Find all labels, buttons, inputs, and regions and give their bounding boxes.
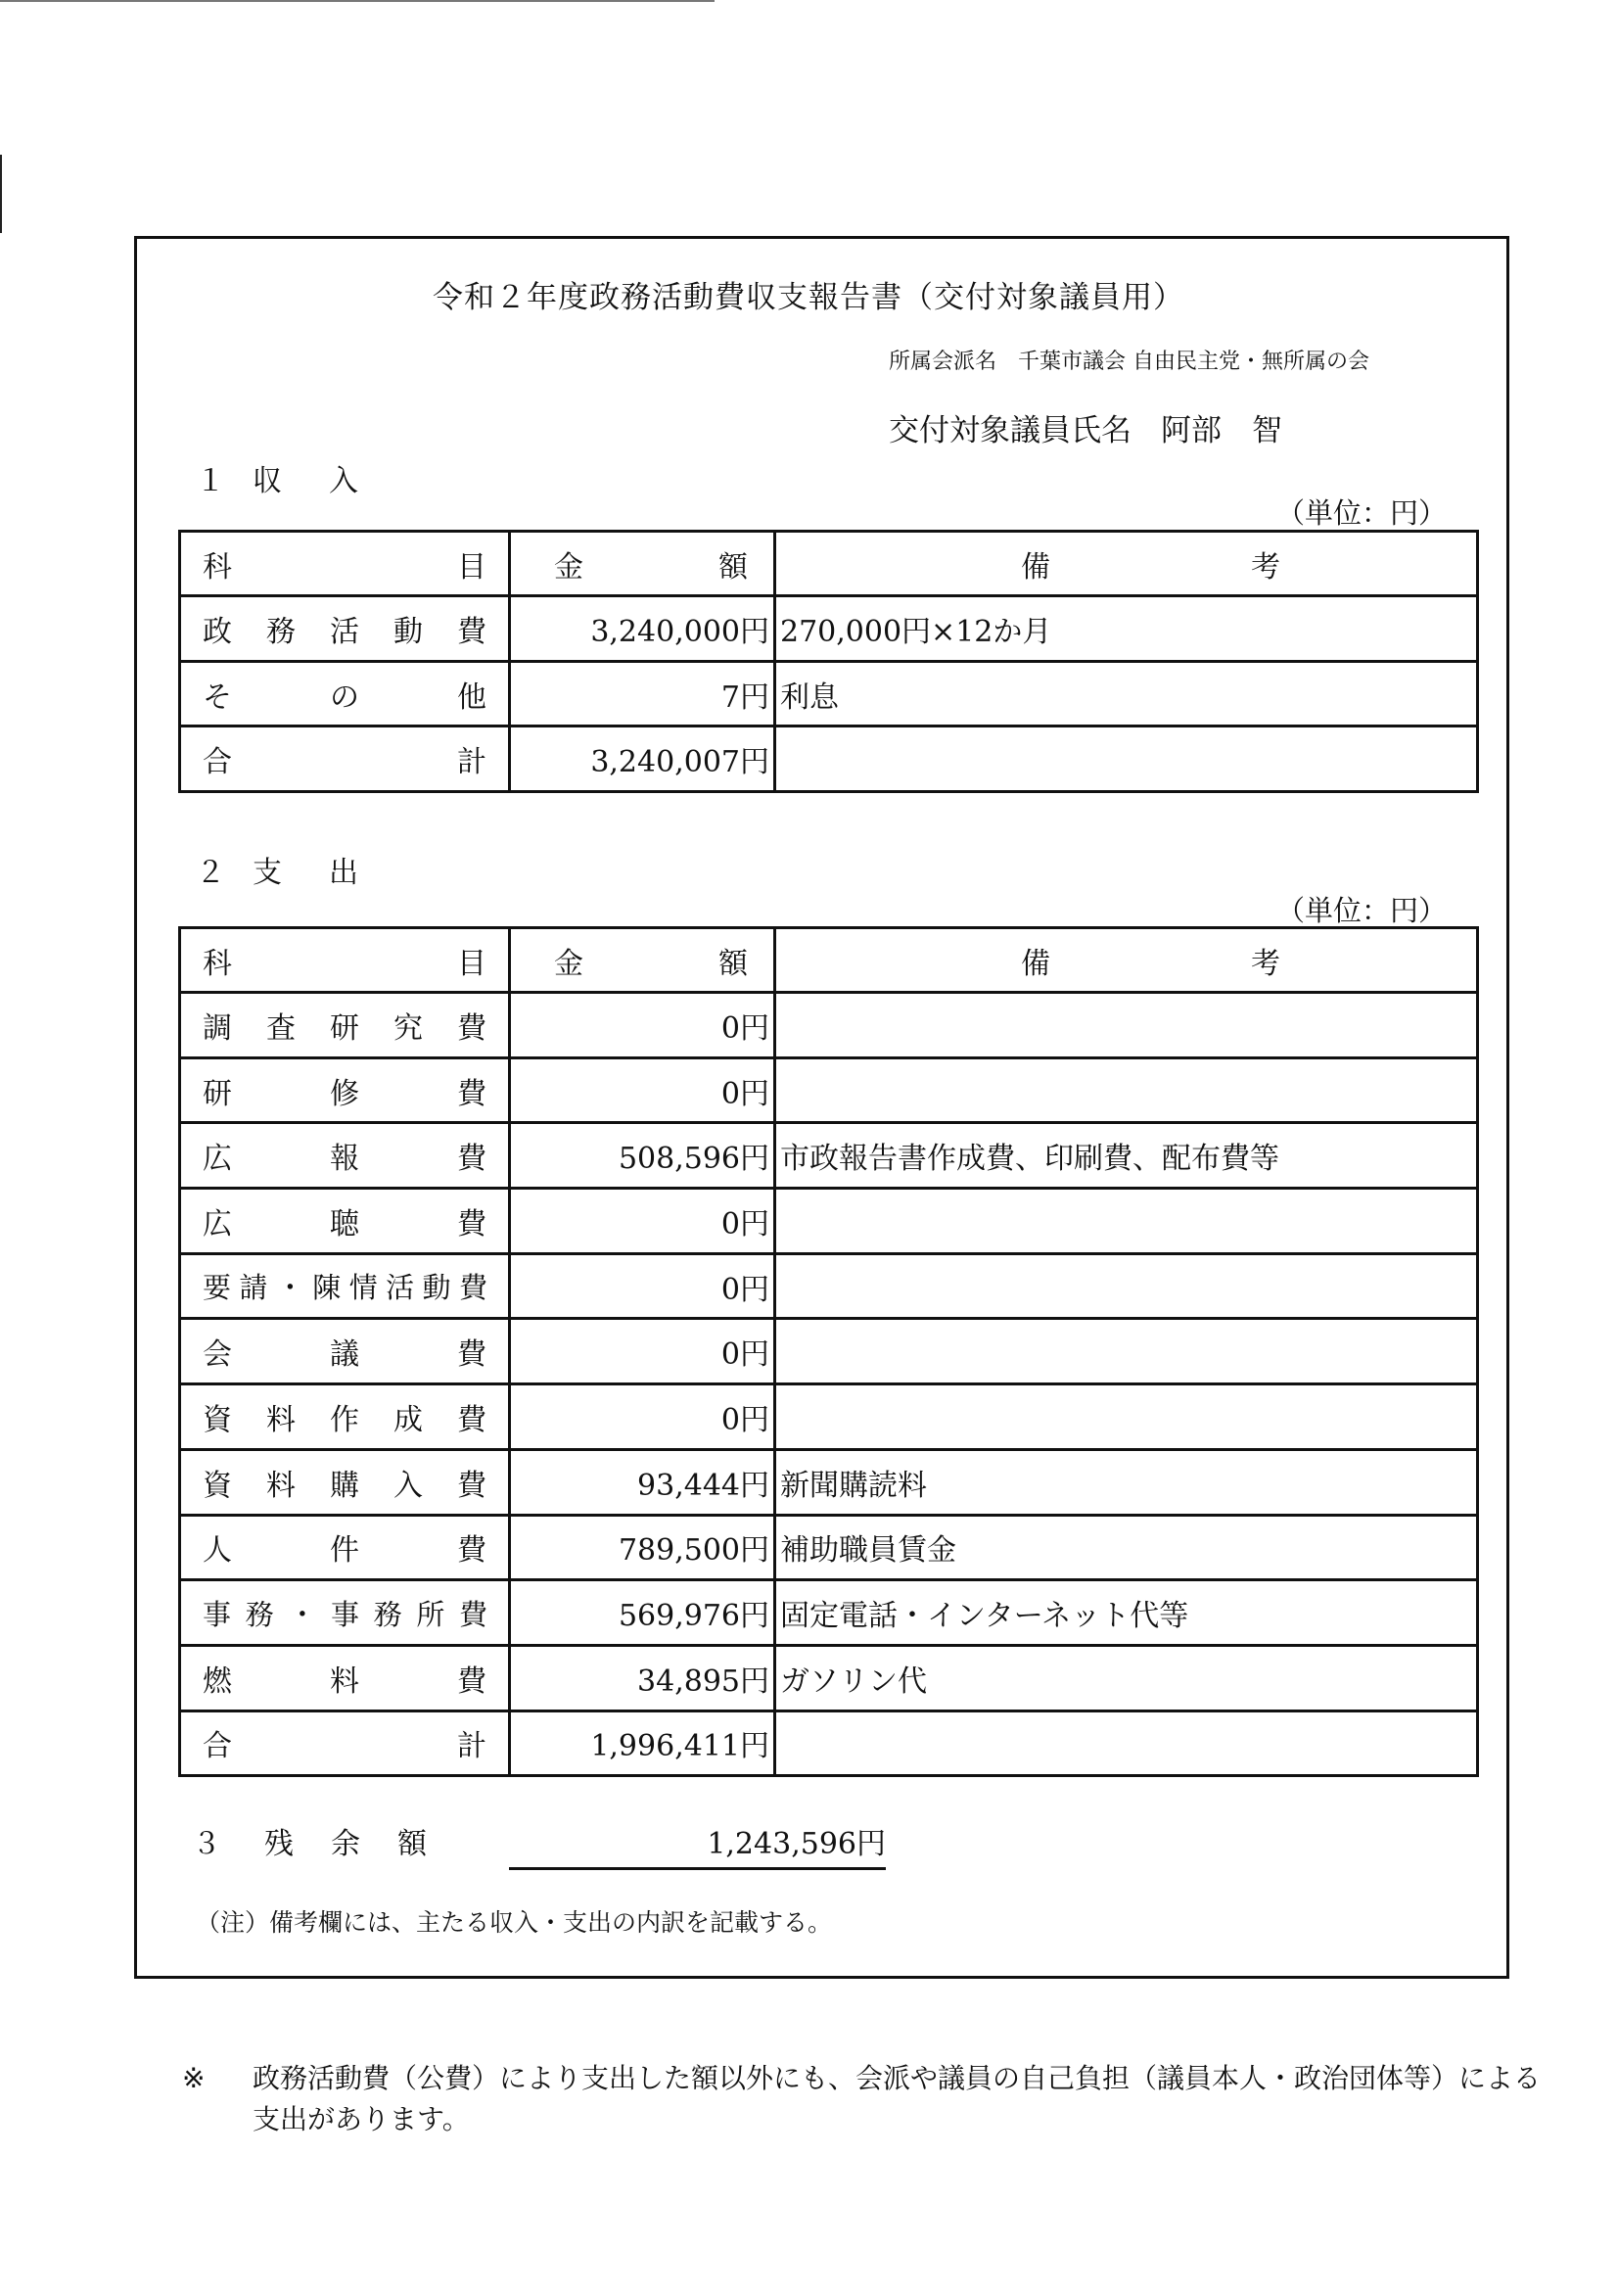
header-char: 備 [1021,939,1050,982]
header-char: 目 [457,939,486,982]
header-char: 金 [554,542,583,586]
label-char: 残 [264,1819,294,1862]
note-cell: 市政報告書作成費、印刷費、配布費等 [775,1123,1478,1189]
category-char: 修 [330,1069,359,1112]
category-label: 会議費 [203,1330,486,1373]
category-cell: 広聴費 [180,1189,510,1254]
header-category: 科目 [180,532,510,596]
amount-cell: 508,596円 [510,1123,775,1189]
category-char: 計 [457,1721,486,1764]
category-cell: 合計 [180,1710,510,1776]
category-char: 動 [393,607,423,650]
table-row: 広報費508,596円市政報告書作成費、印刷費、配布費等 [180,1123,1478,1189]
category-cell: 調査研究費 [180,993,510,1058]
category-cell: 燃料費 [180,1645,510,1710]
affiliation-value: 千葉市議会 自由民主党・無所属の会 [1018,350,1369,374]
category-char: 費 [457,607,486,650]
amount-cell: 0円 [510,993,775,1058]
header-char: 備 [1021,542,1050,586]
category-char: 合 [203,737,232,780]
category-char: 燃 [203,1657,232,1700]
category-cell: 要請・陳情活動費 [180,1253,510,1319]
header-char: 額 [718,939,748,982]
category-char: 議 [330,1330,359,1373]
affiliation-label: 所属会派名 [889,350,996,374]
category-cell: その他 [180,661,510,726]
table-row: 政務活動費3,240,000円270,000円×12か月 [180,596,1478,662]
category-char: 購 [330,1461,359,1504]
section-char: 出 [329,848,358,891]
note-cell [775,1253,1478,1319]
note-cell [775,1710,1478,1776]
category-cell: 合計 [180,726,510,792]
category-char: 調 [203,1004,232,1047]
header-char: 考 [1251,939,1280,982]
category-char: 作 [330,1395,359,1438]
note-cell: 補助職員賃金 [775,1515,1478,1580]
category-char: 費 [457,1199,486,1242]
note-cell [775,993,1478,1058]
income-table: 科目 金額 備考 政務活動費3,240,000円270,000円×12か月その他… [178,530,1479,793]
header-amount: 金額 [510,532,775,596]
category-cell: 事務・事務所費 [180,1580,510,1646]
header-char: 科 [203,542,232,586]
note-cell: 270,000円×12か月 [775,596,1478,662]
label-char: 余 [331,1819,360,1862]
label-char: 額 [397,1819,427,1862]
category-char: 他 [457,673,486,716]
category-char: 件 [330,1525,359,1569]
header-amount: 金額 [510,928,775,993]
total-row: 合計3,240,007円 [180,726,1478,792]
affiliation: 所属会派名千葉市議会 自由民主党・無所属の会 [889,345,1369,375]
category-label: 広聴費 [203,1199,486,1242]
amount-cell: 1,996,411円 [510,1710,775,1776]
category-char: 人 [203,1525,232,1569]
header-char: 額 [718,542,748,586]
category-char: 費 [457,1525,486,1569]
category-char: そ [203,673,232,716]
note-cell: ガソリン代 [775,1645,1478,1710]
category-char: 合 [203,1721,232,1764]
category-char: 成 [393,1395,423,1438]
category-char: 報 [330,1134,359,1177]
amount-cell: 7円 [510,661,775,726]
category-label: 資料購入費 [203,1461,486,1504]
header-char: 考 [1251,542,1280,586]
table-row: 資料購入費93,444円新聞購読料 [180,1449,1478,1515]
scan-edge-line [0,0,715,2]
footnote-text: 政務活動費（公費）により支出した額以外にも、会派や議員の自己負担（議員本人・政治… [253,2058,1554,2140]
header-char: 金 [554,939,583,982]
note-cell [775,726,1478,792]
category-char: 費 [457,1134,486,1177]
category-label: 燃料費 [203,1657,486,1700]
category-char: 会 [203,1330,232,1373]
table-header-row: 科目 金額 備考 [180,532,1478,596]
amount-cell: 0円 [510,1057,775,1123]
category-cell: 政務活動費 [180,596,510,662]
table-row: 研修費0円 [180,1057,1478,1123]
footnote: ※ 政務活動費（公費）により支出した額以外にも、会派や議員の自己負担（議員本人・… [182,2058,1554,2140]
category-char: 広 [203,1134,232,1177]
section-char: 入 [329,456,358,499]
category-char: 研 [330,1004,359,1047]
category-char: 料 [330,1657,359,1700]
category-char: 料 [266,1395,296,1438]
table-row: 要請・陳情活動費0円 [180,1253,1478,1319]
category-char: 資 [203,1461,232,1504]
reference-mark-icon: ※ [182,2058,205,2099]
note-cell: 固定電話・インターネット代等 [775,1580,1478,1646]
table-row: その他7円利息 [180,661,1478,726]
category-char: 計 [457,737,486,780]
table-row: 事務・事務所費569,976円固定電話・インターネット代等 [180,1580,1478,1646]
member-label: 交付対象議員氏名 [889,413,1132,448]
category-char: の [330,673,359,716]
total-row: 合計1,996,411円 [180,1710,1478,1776]
category-label: 研修費 [203,1069,486,1112]
header-category: 科目 [180,928,510,993]
header-char: 目 [457,542,486,586]
category-char: 務 [266,607,296,650]
table-row: 燃料費34,895円ガソリン代 [180,1645,1478,1710]
note-cell [775,1189,1478,1254]
category-label: その他 [203,673,486,716]
section-char: 支 [253,848,329,891]
amount-cell: 93,444円 [510,1449,775,1515]
table-header-row: 科目 金額 備考 [180,928,1478,993]
amount-cell: 0円 [510,1384,775,1450]
remainder-underline [509,1867,886,1870]
category-label: 政務活動費 [203,607,486,650]
remainder-value: 1,243,596円 [509,1819,886,1862]
amount-cell: 3,240,007円 [510,726,775,792]
report-title: 令和２年度政務活動費収支報告書（交付対象議員用） [0,272,1617,316]
note-cell: 新聞購読料 [775,1449,1478,1515]
income-section-heading: １収入 [196,456,358,499]
table-row: 人件費789,500円補助職員賃金 [180,1515,1478,1580]
remainder-label: ３残余額 [192,1819,464,1862]
member-name: 交付対象議員氏名阿部 智 [889,405,1282,449]
section-number: ２ [196,848,253,891]
category-char: 費 [457,1069,486,1112]
amount-cell: 0円 [510,1189,775,1254]
expenditure-section-heading: ２支出 [196,848,358,891]
header-note: 備考 [775,532,1478,596]
note-cell [775,1057,1478,1123]
table-row: 会議費0円 [180,1319,1478,1384]
income-unit: （単位：円） [1276,492,1447,532]
amount-cell: 0円 [510,1319,775,1384]
expenditure-table: 科目 金額 備考 調査研究費0円研修費0円広報費508,596円市政報告書作成費… [178,926,1479,1777]
header-char: 科 [203,939,232,982]
category-cell: 資料購入費 [180,1449,510,1515]
category-char: 広 [203,1199,232,1242]
category-char: 費 [457,1330,486,1373]
amount-cell: 569,976円 [510,1580,775,1646]
category-char: 料 [266,1461,296,1504]
note-cell [775,1319,1478,1384]
amount-cell: 789,500円 [510,1515,775,1580]
expenditure-unit: （単位：円） [1276,889,1447,929]
category-cell: 資料作成費 [180,1384,510,1450]
category-char: 活 [330,607,359,650]
category-char: 費 [457,1657,486,1700]
remarks-note: （注）備考欄には、主たる収入・支出の内訳を記載する。 [196,1903,832,1939]
category-label: 合計 [203,737,486,780]
category-char: 費 [457,1004,486,1047]
category-char: 費 [457,1395,486,1438]
amount-cell: 0円 [510,1253,775,1319]
section-number: １ [196,456,253,499]
category-char: 聴 [330,1199,359,1242]
section-number: ３ [192,1819,221,1862]
category-char: 研 [203,1069,232,1112]
category-label: 合計 [203,1721,486,1764]
category-cell: 研修費 [180,1057,510,1123]
table-row: 資料作成費0円 [180,1384,1478,1450]
category-char: 入 [393,1461,423,1504]
note-cell [775,1384,1478,1450]
note-cell: 利息 [775,661,1478,726]
category-cell: 会議費 [180,1319,510,1384]
amount-cell: 3,240,000円 [510,596,775,662]
table-row: 広聴費0円 [180,1189,1478,1254]
header-note: 備考 [775,928,1478,993]
category-label: 人件費 [203,1525,486,1569]
category-char: 査 [266,1004,296,1047]
table-row: 調査研究費0円 [180,993,1478,1058]
category-label: 調査研究費 [203,1004,486,1047]
category-char: 政 [203,607,232,650]
section-char: 収 [253,456,329,499]
category-cell: 広報費 [180,1123,510,1189]
category-char: 究 [393,1004,423,1047]
member-value: 阿部 智 [1161,413,1282,448]
category-cell: 人件費 [180,1515,510,1580]
amount-cell: 34,895円 [510,1645,775,1710]
category-char: 費 [457,1461,486,1504]
category-label: 資料作成費 [203,1395,486,1438]
scan-edge-mark [0,155,2,233]
category-label: 広報費 [203,1134,486,1177]
category-char: 資 [203,1395,232,1438]
